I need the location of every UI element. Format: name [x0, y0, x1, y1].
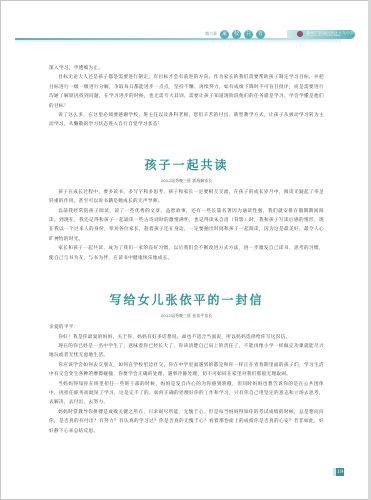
chapter-label: 第六章: [205, 31, 217, 37]
chapter-circles: 家 校 共 育: [220, 30, 265, 39]
article-paragraph: 现在的你已经是一名中学生了，意味着你已经长大了，你该清楚自己肩上的责任了，不能再…: [49, 342, 324, 361]
page-content: 深入学习，学透细为止。 目标无论大人还是孩子都是需要进行制定，有目标才会有前进的…: [49, 64, 324, 436]
circle-char: 共: [244, 30, 253, 39]
letter-salutation: 亲爱的平平：: [49, 323, 324, 332]
article-paragraph: 家长和孩子一起共读，成为了我们一家的良好习惯，以后我们会不断改进方式方法，进一步…: [49, 244, 324, 263]
intro-paragraph: 目标无论大人还是孩子都是需要进行制定，有目标才会有前进的方向。作为家长的我们需要…: [49, 73, 324, 111]
article-title: 写给女儿张依平的一封信: [49, 293, 324, 307]
article-paragraph: 你应该学会如何去交朋友，如何在学校里边社交，你在中学里面遇到的都是和你一样正在青…: [49, 361, 324, 380]
school-logo-icon: [297, 31, 303, 37]
article-paragraph: 孩子在成长过程中，要多读书，多写字和多思考，孩子和家长一定要相互交流，在孩子的成…: [49, 188, 324, 207]
article-paragraph: 以前我经常陪孩子阅读，读了一些优秀的文章、益智故事，还有一些长篇名著因为通读性强…: [49, 207, 324, 245]
circle-char: 育: [256, 30, 265, 39]
article-byline: 2022届秀晚三班 郭逸娴家长: [49, 178, 324, 184]
circle-char: 校: [232, 30, 241, 39]
page-header: 第六章 家 校 共 育 郑州市管城回族区十九小学 Zhengzhou No.19…: [15, 30, 341, 40]
school-badge: 郑州市管城回族区十九小学 Zhengzhou No.19 Primary Sch…: [287, 30, 355, 39]
article-paragraph: 妈妈时常教导你拼搏是成败关键之所在，只求竭尽所能、无愧于心。但是每当妈妈得知你的…: [49, 408, 324, 436]
page-number: 19: [336, 468, 344, 476]
intro-paragraph: 深入学习，学透细为止。: [49, 64, 324, 73]
article-paragraph: 当妈妈得知你在班里担任一些班干部的时候，妈妈是发自内心的为你感到骄傲，但同时妈妈…: [49, 380, 324, 408]
article-title: 孩子一起共读: [49, 158, 324, 172]
article-paragraph: 你好！我是你最爱的妈妈，关于你，妈妈有好多话想说，却也不适合当面说，所以妈妈选择…: [49, 333, 324, 342]
intro-paragraph: 说了这么多，在这里必须要感谢学校、班主任以及各科老师，您们辛苦的付出、新型教学方…: [49, 111, 324, 130]
circle-char: 家: [220, 30, 229, 39]
article-byline: 2022届秀晚三班 张依平家长: [49, 313, 324, 319]
header-shadow: [15, 40, 341, 44]
school-name-en: Zhengzhou No.19 Primary School: [306, 35, 340, 37]
